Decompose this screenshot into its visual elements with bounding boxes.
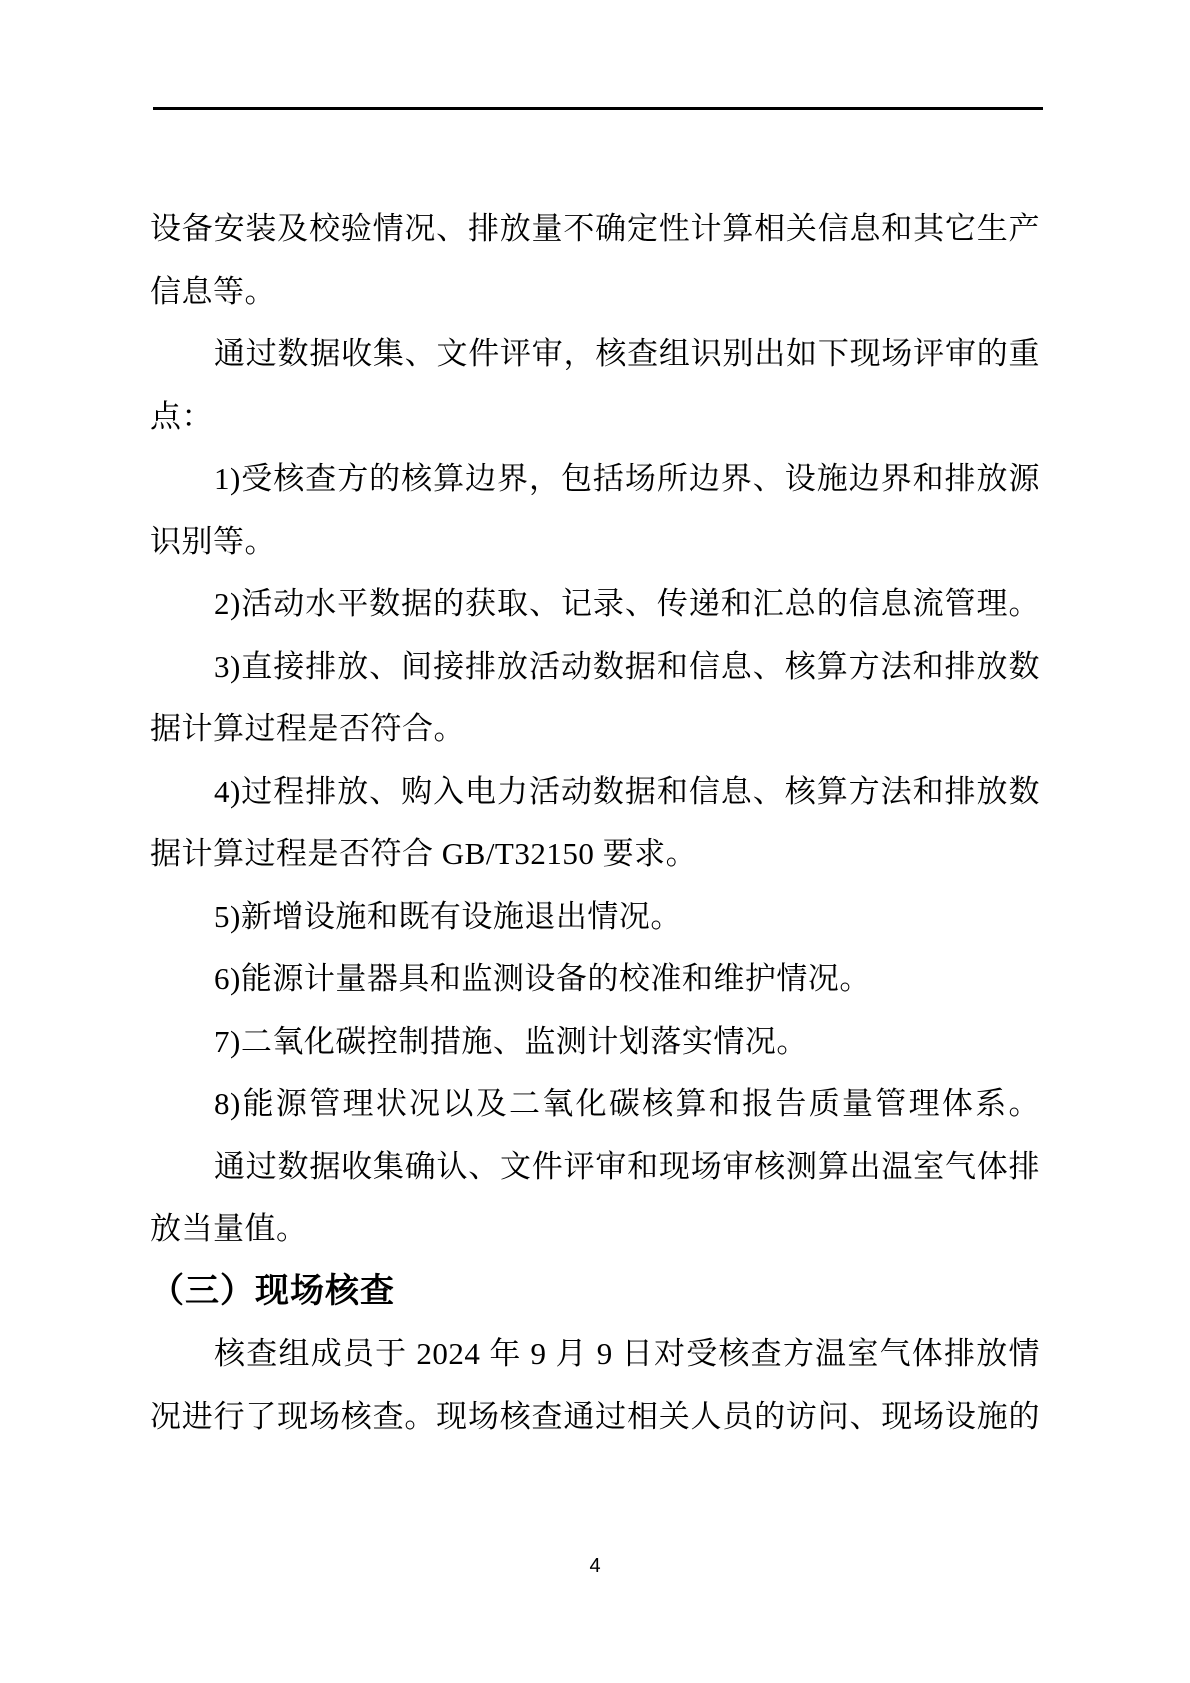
text-line: 信息等。: [150, 261, 1040, 324]
text-line: 8)能源管理状况以及二氧化碳核算和报告质量管理体系。: [150, 1073, 1040, 1136]
text-line: 6)能源计量器具和监测设备的校准和维护情况。: [150, 948, 1040, 1011]
text-line: 核查组成员于 2024 年 9 月 9 日对受核查方温室气体排放情: [150, 1323, 1040, 1386]
section-heading: （三）现场核查: [150, 1261, 1040, 1324]
text-line: 通过数据收集确认、文件评审和现场审核测算出温室气体排: [150, 1136, 1040, 1199]
text-line: 3)直接排放、间接排放活动数据和信息、核算方法和排放数: [150, 636, 1040, 699]
page-number: 4: [0, 1552, 1190, 1580]
header-rule: [153, 107, 1043, 110]
document-body: 设备安装及校验情况、排放量不确定性计算相关信息和其它生产信息等。通过数据收集、文…: [150, 198, 1040, 1448]
document-page: 设备安装及校验情况、排放量不确定性计算相关信息和其它生产信息等。通过数据收集、文…: [0, 0, 1190, 1683]
text-line: 1)受核查方的核算边界，包括场所边界、设施边界和排放源: [150, 448, 1040, 511]
text-line: 2)活动水平数据的获取、记录、传递和汇总的信息流管理。: [150, 573, 1040, 636]
text-line: 7)二氧化碳控制措施、监测计划落实情况。: [150, 1011, 1040, 1074]
text-line: 点：: [150, 386, 1040, 449]
text-line: 据计算过程是否符合。: [150, 698, 1040, 761]
text-line: 设备安装及校验情况、排放量不确定性计算相关信息和其它生产: [150, 198, 1040, 261]
text-line: 通过数据收集、文件评审，核查组识别出如下现场评审的重: [150, 323, 1040, 386]
text-line: 5)新增设施和既有设施退出情况。: [150, 886, 1040, 949]
text-line: 据计算过程是否符合 GB/T32150 要求。: [150, 823, 1040, 886]
text-line: 况进行了现场核查。现场核查通过相关人员的访问、现场设施的: [150, 1386, 1040, 1449]
text-line: 识别等。: [150, 511, 1040, 574]
text-line: 4)过程排放、购入电力活动数据和信息、核算方法和排放数: [150, 761, 1040, 824]
text-line: 放当量值。: [150, 1198, 1040, 1261]
